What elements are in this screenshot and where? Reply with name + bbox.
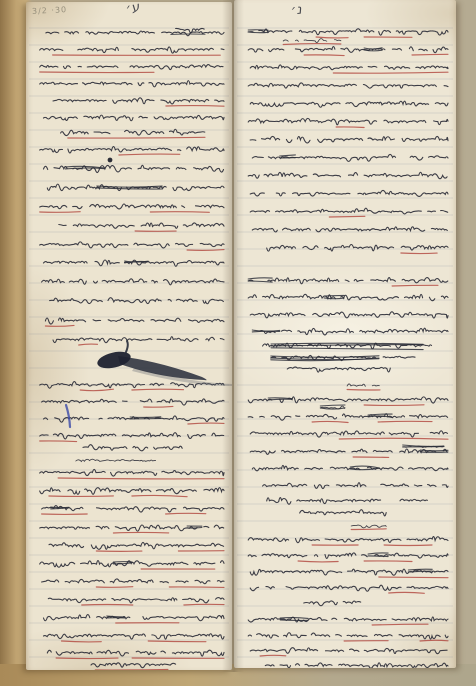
left-page	[26, 2, 232, 670]
left-page-handwriting	[26, 2, 232, 670]
left-page-number: ע׳	[125, 0, 141, 17]
blue-pen-mark	[66, 405, 70, 427]
pencil-note: 3/2 ·30	[32, 5, 68, 16]
ink-blot	[96, 341, 232, 386]
manuscript-photo: 3/2 ·30 ע׳ נ׳	[0, 0, 476, 686]
right-page-number: נ׳	[290, 2, 302, 18]
ink-dot	[108, 158, 113, 163]
ink-strokes	[40, 28, 232, 670]
right-page-handwriting	[234, 0, 456, 668]
right-page	[234, 0, 456, 668]
rule-lines	[237, 28, 453, 657]
